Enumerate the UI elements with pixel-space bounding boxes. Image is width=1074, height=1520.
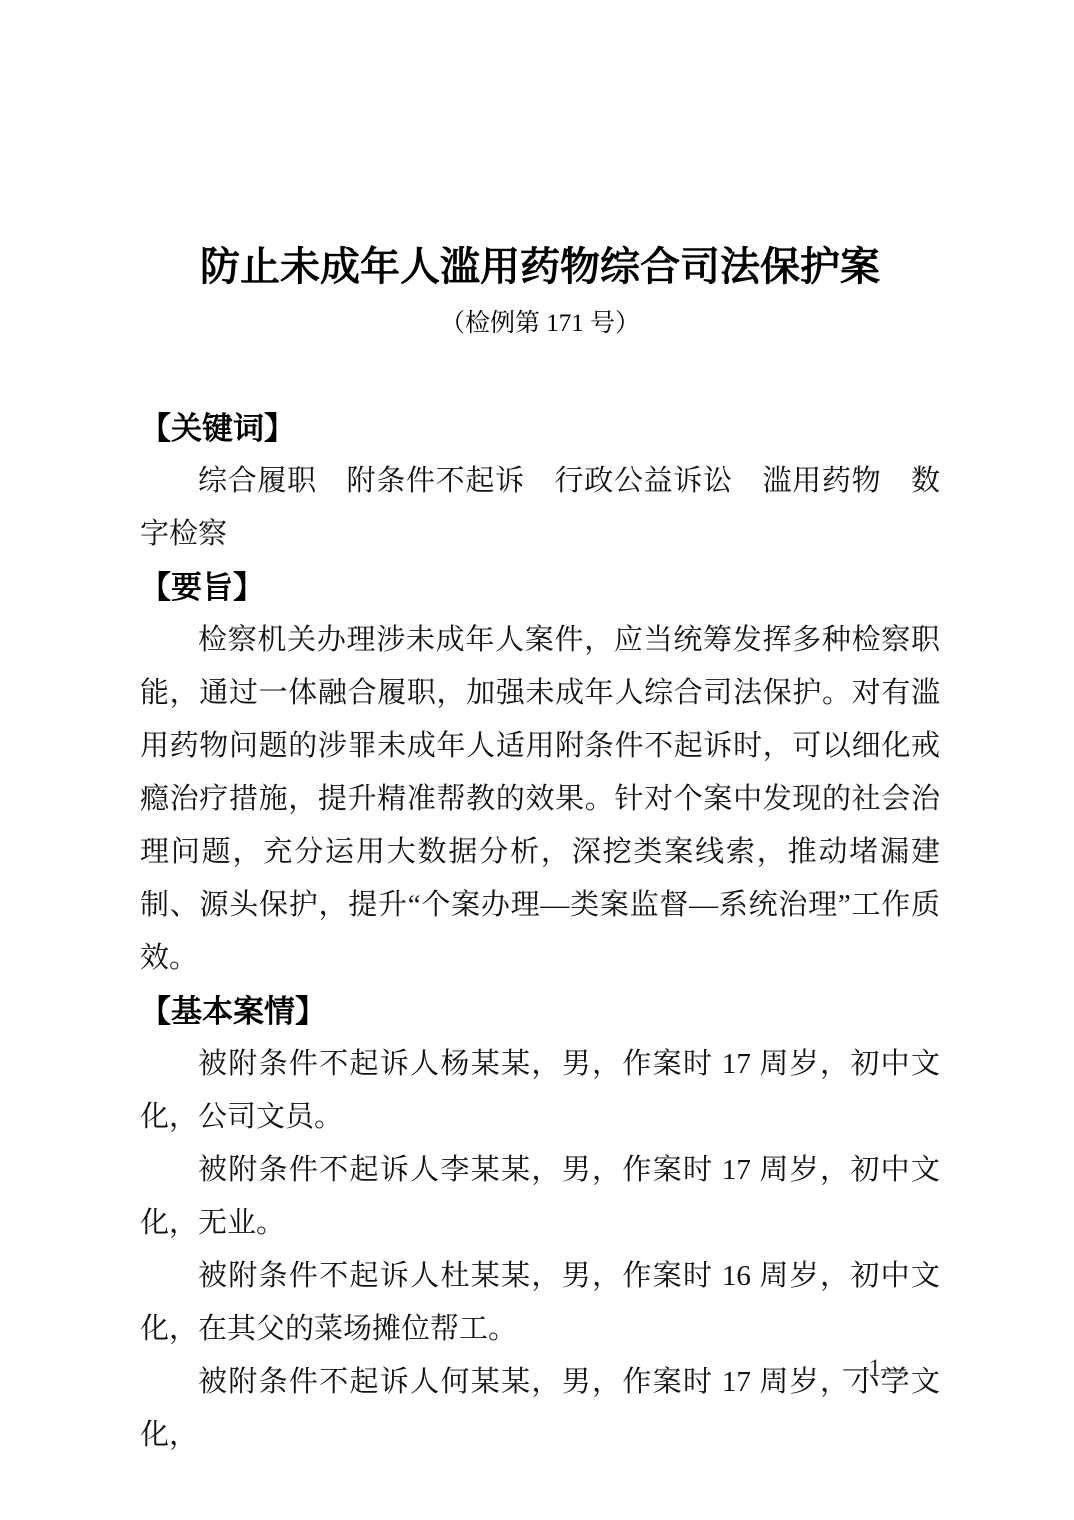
case-number-subtitle: （检例第 171 号） xyxy=(140,306,940,342)
fact-paragraph: 被附条件不起诉人杨某某，男，作案时 17 周岁，初中文化，公司文员。 xyxy=(140,1038,940,1144)
section-keywords: 【关键词】 综合履职 附条件不起诉 行政公益诉讼 滥用药物 数字检察 xyxy=(140,402,940,561)
fact-paragraph: 被附条件不起诉人杜某某，男，作案时 16 周岁，初中文化，在其父的菜场摊位帮工。 xyxy=(140,1250,940,1356)
keywords-text: 综合履职 附条件不起诉 行政公益诉讼 滥用药物 数字检察 xyxy=(140,455,940,561)
document-title: 防止未成年人滥用药物综合司法保护案 xyxy=(140,240,940,294)
document-content: 防止未成年人滥用药物综合司法保护案 （检例第 171 号） 【关键词】 综合履职… xyxy=(0,240,1074,1462)
summary-heading: 【要旨】 xyxy=(140,561,940,614)
document-body: 【关键词】 综合履职 附条件不起诉 行政公益诉讼 滥用药物 数字检察 【要旨】 … xyxy=(140,402,940,1462)
section-summary: 【要旨】 检察机关办理涉未成年人案件，应当统筹发挥多种检察职能，通过一体融合履职… xyxy=(140,561,940,985)
section-basic-facts: 【基本案情】 被附条件不起诉人杨某某，男，作案时 17 周岁，初中文化，公司文员… xyxy=(140,985,940,1462)
fact-paragraph: 被附条件不起诉人何某某，男，作案时 17 周岁，小学文化， xyxy=(140,1356,940,1462)
summary-paragraph: 检察机关办理涉未成年人案件，应当统筹发挥多种检察职能，通过一体融合履职，加强未成… xyxy=(140,614,940,985)
keywords-heading: 【关键词】 xyxy=(140,402,940,455)
document-page: 防止未成年人滥用药物综合司法保护案 （检例第 171 号） 【关键词】 综合履职… xyxy=(0,0,1074,1520)
basic-facts-heading: 【基本案情】 xyxy=(140,985,940,1038)
page-number: —1— xyxy=(844,1352,907,1386)
fact-paragraph: 被附条件不起诉人李某某，男，作案时 17 周岁，初中文化，无业。 xyxy=(140,1144,940,1250)
